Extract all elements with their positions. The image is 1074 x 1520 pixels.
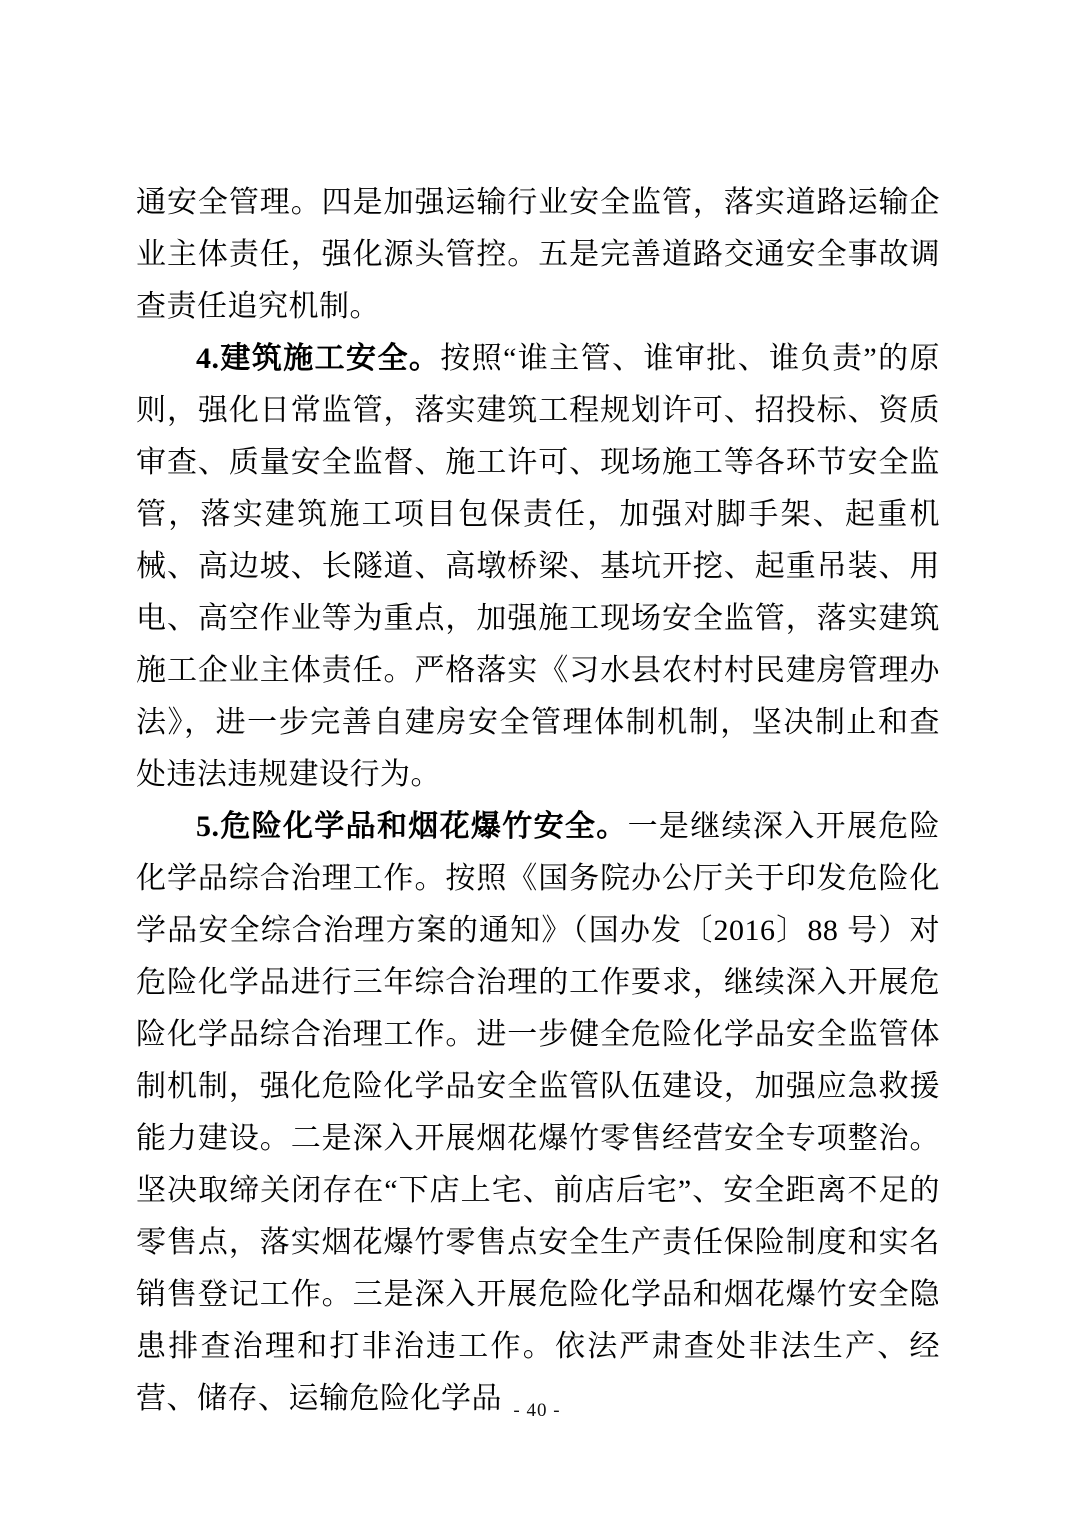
paragraph-section-5: 5.危险化学品和烟花爆竹安全。一是继续深入开展危险化学品综合治理工作。按照《国务…: [136, 801, 940, 1425]
paragraph-text: 按照“谁主管、谁审批、谁负责”的原则，强化日常监管，落实建筑工程规划许可、招投标…: [136, 342, 940, 791]
paragraph-text: 一是继续深入开展危险化学品综合治理工作。按照《国务院办公厅关于印发危险化学品安全…: [136, 810, 940, 1415]
document-page: 通安全管理。四是加强运输行业安全监管，落实道路运输企业主体责任，强化源头管控。五…: [0, 0, 1074, 1520]
paragraph-continuation: 通安全管理。四是加强运输行业安全监管，落实道路运输企业主体责任，强化源头管控。五…: [136, 177, 940, 333]
paragraph-text: 通安全管理。四是加强运输行业安全监管，落实道路运输企业主体责任，强化源头管控。五…: [136, 186, 940, 323]
section-4-heading: 4.建筑施工安全。: [196, 342, 440, 375]
page-number: - 40 -: [0, 1398, 1074, 1424]
section-5-heading: 5.危险化学品和烟花爆竹安全。: [196, 810, 628, 843]
paragraph-section-4: 4.建筑施工安全。按照“谁主管、谁审批、谁负责”的原则，强化日常监管，落实建筑工…: [136, 333, 940, 801]
document-body: 通安全管理。四是加强运输行业安全监管，落实道路运输企业主体责任，强化源头管控。五…: [136, 177, 940, 1425]
